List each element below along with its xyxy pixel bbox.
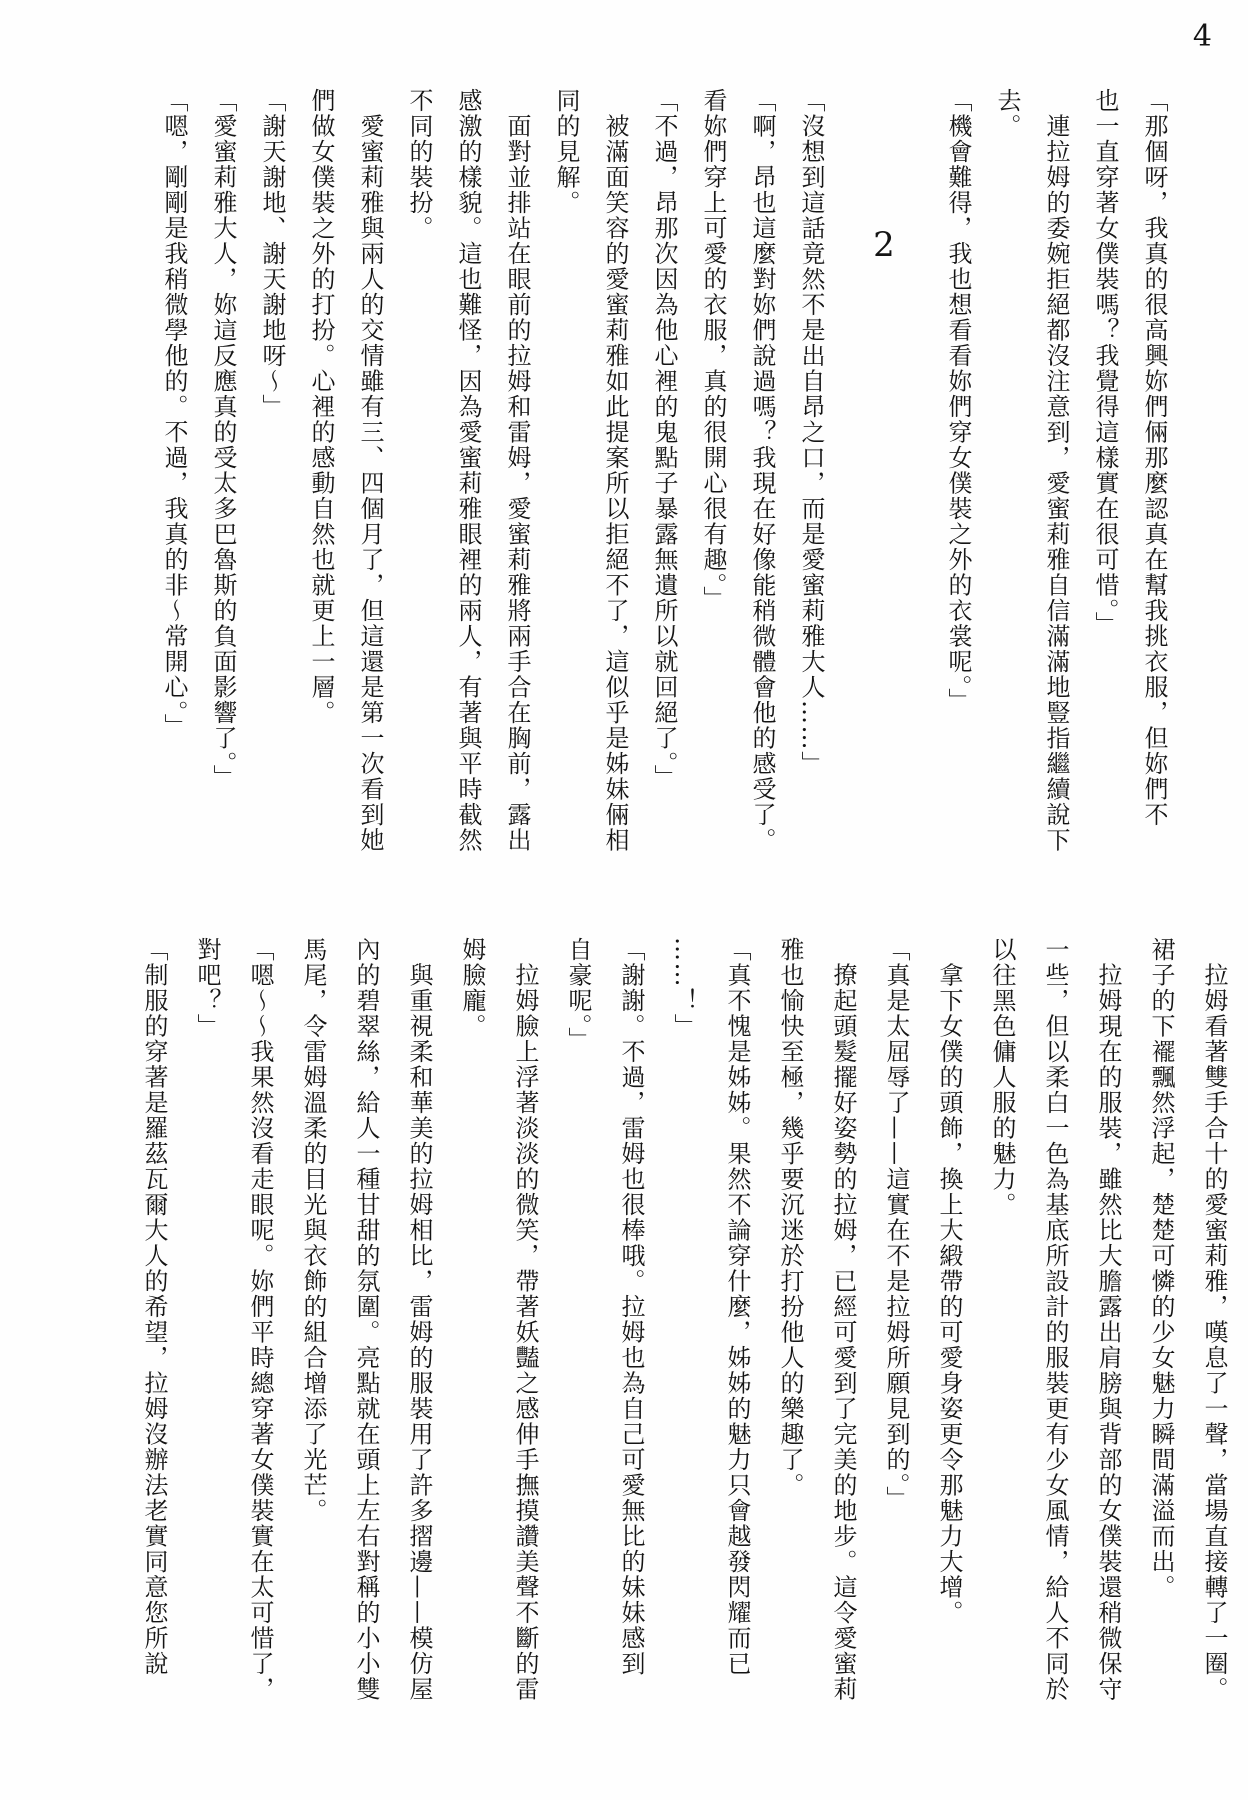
text-column-line: 「謝天謝地、謝天謝地呀～」 (247, 88, 296, 888)
text-column-line: 「沒想到這話竟然不是出自昂之口，而是愛蜜莉雅大人……」 (786, 88, 835, 888)
text-column-line: 「嗯～～我果然沒看走眼呢。妳們平時總穿著女僕裝實在太可惜了， (233, 937, 286, 1727)
text-column-line: 被滿面笑容的愛蜜莉雅如此提案所以拒絕不了，這似乎是姊妹倆相 (590, 88, 639, 888)
text-column-line: 感激的樣貌。這也難怪，因為愛蜜莉雅眼裡的兩人，有著與平時截然 (443, 88, 492, 888)
text-column-line: 「謝謝。不過，雷姆也很棒哦。拉姆也為自己可愛無比的妹妹感到 (604, 937, 657, 1727)
text-column-line: 連拉姆的委婉拒絕都沒注意到，愛蜜莉雅自信滿滿地豎指繼續說下 (1031, 88, 1080, 888)
lower-text-block: 拉姆看著雙手合十的愛蜜莉雅，嘆息了一聲，當場直接轉了一圈。裙子的下襬飄然浮起，楚… (127, 937, 1240, 1727)
paragraph-group-after-section-break: 「沒想到這話竟然不是出自昂之口，而是愛蜜莉雅大人……」「啊，昂也這麼對妳們說過嗎… (149, 88, 835, 888)
text-column-line: 拉姆現在的服裝，雖然比大膽露出肩膀與背部的女僕裝還稍微保守 (1081, 937, 1134, 1727)
text-column-line: 拉姆臉上浮著淡淡的微笑，帶著妖豔之感伸手撫摸讚美聲不斷的雷 (498, 937, 551, 1727)
text-column-line: 們做女僕裝之外的打扮。心裡的感動自然也就更上一層。 (296, 88, 345, 888)
text-column-line: 面對並排站在眼前的拉姆和雷姆，愛蜜莉雅將兩手合在胸前，露出 (492, 88, 541, 888)
text-column-line: 「那個呀，我真的很高興妳們倆那麼認真在幫我挑衣服，但妳們不 (1129, 88, 1178, 888)
text-column-line: 「真是太屈辱了——這實在不是拉姆所願見到的。」 (869, 937, 922, 1727)
text-column-line: 姆臉龐。 (445, 937, 498, 1727)
text-column-line: 也一直穿著女僕裝嗎？我覺得這樣實在很可惜。」 (1080, 88, 1129, 888)
text-column-line: 與重視柔和華美的拉姆相比，雷姆的服裝用了許多摺邊——模仿屋 (392, 937, 445, 1727)
text-column-line: 裙子的下襬飄然浮起，楚楚可憐的少女魅力瞬間滿溢而出。 (1134, 937, 1187, 1727)
text-column-line: 拿下女僕的頭飾，換上大緞帶的可愛身姿更令那魅力大增。 (922, 937, 975, 1727)
text-column-line: 自豪呢。」 (551, 937, 604, 1727)
text-column-line: 以往黑色傭人服的魅力。 (975, 937, 1028, 1727)
text-column-line: 一些，但以柔白一色為基底所設計的服裝更有少女風情，給人不同於 (1028, 937, 1081, 1727)
text-column-line: 對吧？」 (180, 937, 233, 1727)
text-column-line: ……！」 (657, 937, 710, 1727)
text-column-line: 「真不愧是姊姊。果然不論穿什麼，姊姊的魅力只會越發閃耀而已 (710, 937, 763, 1727)
section-number-column: 2 (835, 88, 933, 888)
book-page: 4 「那個呀，我真的很高興妳們倆那麼認真在幫我挑衣服，但妳們不也一直穿著女僕裝嗎… (0, 0, 1248, 1800)
text-column-line: 「機會難得，我也想看看妳們穿女僕裝之外的衣裳呢。」 (933, 88, 982, 888)
text-column-line: 同的見解。 (541, 88, 590, 888)
text-column-line: 看妳們穿上可愛的衣服，真的很開心很有趣。」 (688, 88, 737, 888)
text-column-line: 內的碧翠絲，給人一種甘甜的氛圍。亮點就在頭上左右對稱的小小雙 (339, 937, 392, 1727)
text-column-line: 「嗯，剛剛是我稍微學他的。不過，我真的非～常開心。」 (149, 88, 198, 888)
text-column-line: 去。 (982, 88, 1031, 888)
text-column-line: 「不過，昂那次因為他心裡的鬼點子暴露無遺所以就回絕了。」 (639, 88, 688, 888)
section-number: 2 (873, 228, 895, 262)
upper-text-block: 「那個呀，我真的很高興妳們倆那麼認真在幫我挑衣服，但妳們不也一直穿著女僕裝嗎？我… (149, 88, 1178, 888)
page-number: 4 (1193, 22, 1212, 52)
text-column-line: 愛蜜莉雅與兩人的交情雖有三、四個月了，但這還是第一次看到她 (345, 88, 394, 888)
text-column-line: 不同的裝扮。 (394, 88, 443, 888)
text-column-line: 「愛蜜莉雅大人，妳這反應真的受太多巴魯斯的負面影響了。」 (198, 88, 247, 888)
text-column-line: 拉姆看著雙手合十的愛蜜莉雅，嘆息了一聲，當場直接轉了一圈。 (1187, 937, 1240, 1727)
text-column-line: 撩起頭髮擺好姿勢的拉姆，已經可愛到了完美的地步。這令愛蜜莉 (816, 937, 869, 1727)
paragraph-group-before-section-break: 「那個呀，我真的很高興妳們倆那麼認真在幫我挑衣服，但妳們不也一直穿著女僕裝嗎？我… (933, 88, 1178, 888)
text-column-line: 「制服的穿著是羅茲瓦爾大人的希望，拉姆沒辦法老實同意您所說 (127, 937, 180, 1727)
text-column-line: 雅也愉快至極，幾乎要沉迷於打扮他人的樂趣了。 (763, 937, 816, 1727)
text-column-line: 「啊，昂也這麼對妳們說過嗎？我現在好像能稍微體會他的感受了。 (737, 88, 786, 888)
text-column-line: 馬尾，令雷姆溫柔的目光與衣飾的組合增添了光芒。 (286, 937, 339, 1727)
